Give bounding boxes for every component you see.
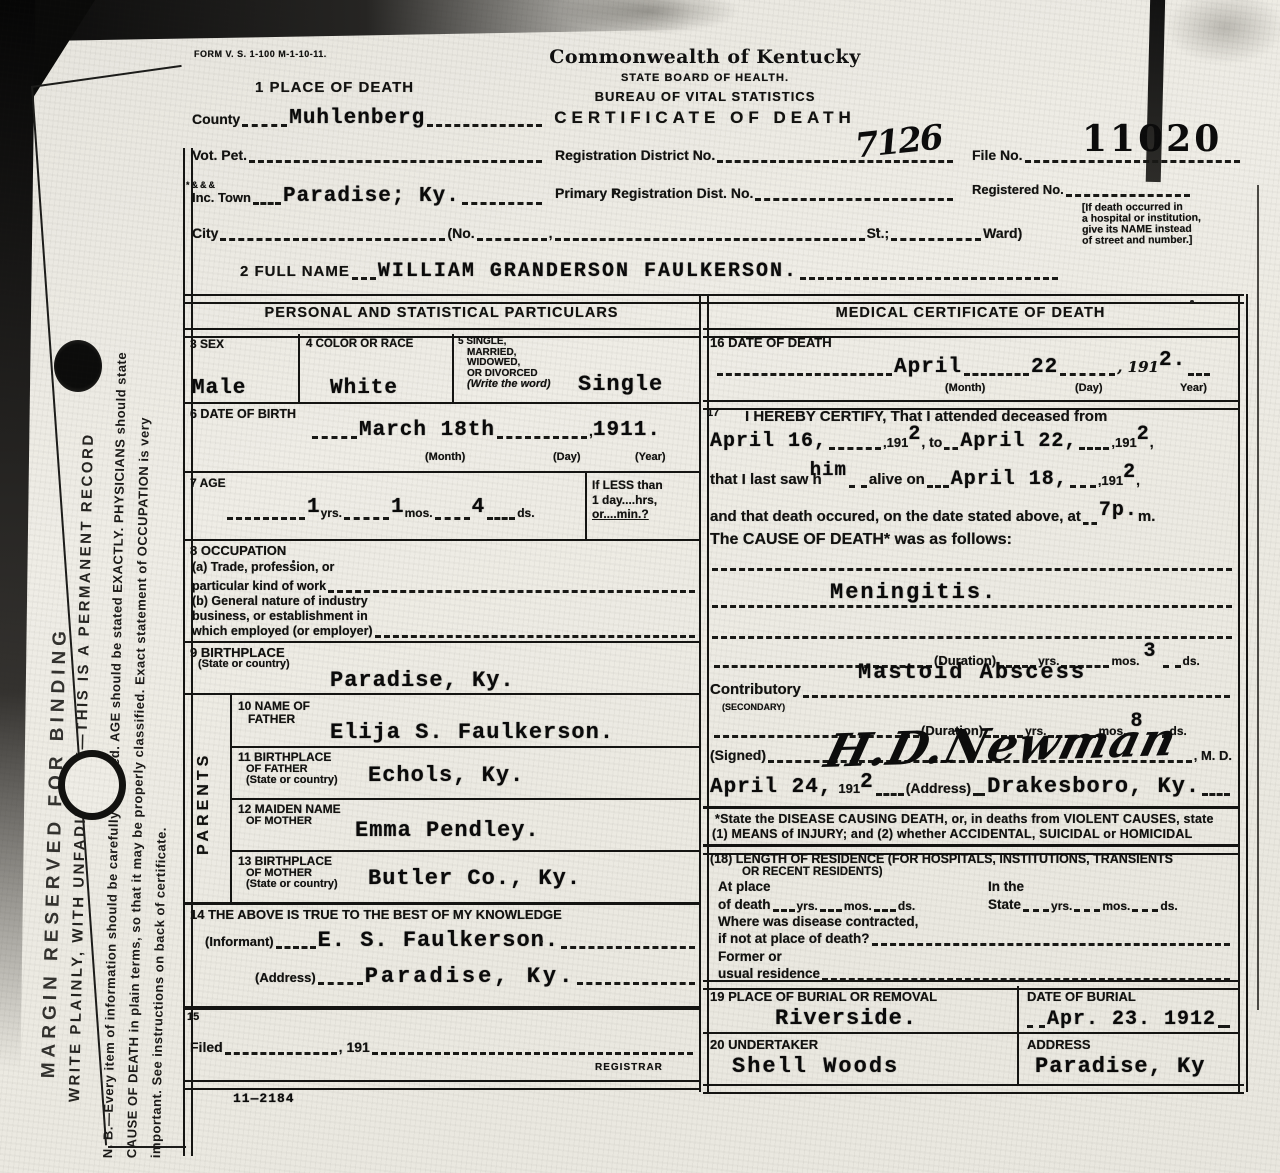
burial-place-value: Riverside. <box>775 1008 917 1030</box>
mother-birthplace-value: Butler Co., Ky. <box>368 868 581 890</box>
at-place-of-death-label: of death <box>718 898 771 912</box>
reg-district-label: Registration District No. <box>555 148 715 163</box>
attended-to-value: April 22, <box>960 432 1077 452</box>
state-ds-label: ds. <box>1160 900 1177 913</box>
undertaker-address-label: ADDRESS <box>1027 1038 1091 1052</box>
marital-value: Single <box>578 374 663 396</box>
occurred-text: and that death occured, on the date stat… <box>710 509 1081 525</box>
scan-edge-left <box>0 0 36 1070</box>
duration1-ds-label: ds. <box>1183 655 1200 668</box>
cell-divider-sex-race <box>298 334 300 402</box>
alive-on-label: alive on <box>869 472 925 488</box>
undertaker-address-value: Paradise, Ky <box>1035 1056 1205 1078</box>
bureau-title: BUREAU OF VITAL STATISTICS <box>540 90 870 104</box>
to-year-digit: 2 <box>1137 425 1150 445</box>
race-label: 4 COLOR OR RACE <box>306 338 413 350</box>
burial-date-row: Apr. 23. 1912 <box>1025 1010 1232 1028</box>
informant-value: E. S. Faulkerson. <box>318 930 559 952</box>
burial-place-label: 19 PLACE OF BURIAL OR REMOVAL <box>710 990 937 1004</box>
occupation-b3: which employed (or employer) <box>192 625 373 638</box>
attended-from-value: April 16, <box>710 432 827 452</box>
board-title: STATE BOARD OF HEALTH. <box>540 73 870 85</box>
birthplace-sublabel: (State or country) <box>198 659 290 671</box>
full-name-label: 2 FULL NAME <box>240 264 350 280</box>
dod-year-digit: 2. <box>1159 350 1186 371</box>
duration1-mos-label: mos. <box>1111 655 1139 668</box>
file-no-label: File No. <box>972 148 1023 163</box>
contracted-row: if not at place of death? <box>718 918 1232 946</box>
race-value: White <box>330 378 398 399</box>
margin-nb-line3: important. See instructions on back of c… <box>148 827 169 1158</box>
item17-label: 17 <box>707 408 719 420</box>
residence-title-line1: (18) LENGTH OF RESIDENCE (FOR HOSPITALS,… <box>710 853 1173 866</box>
form-border-right <box>1238 294 1248 1092</box>
occupation-b1: (b) General nature of industry <box>192 595 368 608</box>
cell-divider-race-marital <box>452 334 454 402</box>
dob-month-sublabel: (Month) <box>425 452 465 464</box>
sign-year-printed: 191 <box>838 782 860 796</box>
in-state-label: State <box>988 898 1021 912</box>
death-time-value: 7p. <box>1099 501 1138 521</box>
city-label: City <box>192 226 218 241</box>
to-label: , to <box>921 435 942 450</box>
occupation-a2-row: particular kind of work <box>192 563 697 593</box>
informant-address-value: Paradise, Ky. <box>365 966 576 988</box>
undertaker-value: Shell Woods <box>732 1056 899 1078</box>
parents-label: PARENTS <box>196 752 213 855</box>
parents-row2-border <box>232 798 700 800</box>
full-name-value: WILLIAM GRANDERSON FAULKERSON. <box>378 262 798 282</box>
filed-191-label: , 191 <box>339 1040 370 1055</box>
burial-grid-divider <box>1017 986 1019 1084</box>
contributory-value: Mastoid Abscess <box>858 662 1086 684</box>
ink-speck-5 <box>540 940 543 943</box>
at-place-row: of death yrs. mos. ds. <box>718 884 948 912</box>
mother-name-value: Emma Pendley. <box>355 820 540 842</box>
death-certificate-scan: MARGIN RESERVED FOR BINDING WRITE PLAINL… <box>0 0 1280 1173</box>
informant-address-row: (Address) Paradise, Ky. <box>255 966 697 985</box>
vot-pet-label: Vot. Pet. <box>192 148 247 163</box>
dob-year-sublabel: (Year) <box>635 452 666 464</box>
age-yrs-label: yrs. <box>321 507 342 520</box>
burial-date-label: DATE OF BURIAL <box>1027 990 1136 1004</box>
margin-binding-text: MARGIN RESERVED FOR BINDING <box>38 626 72 1079</box>
sign-date-value: April 24, <box>710 777 832 798</box>
father-birthplace-label: 11 BIRTHPLACE OF FATHER (State or countr… <box>238 751 338 787</box>
burial-date-value: Apr. 23. 1912 <box>1047 1010 1216 1030</box>
row4-border <box>183 641 700 643</box>
ink-speck-4 <box>1190 300 1194 303</box>
dod-value-row: April 22 , 191 2. <box>715 355 1232 376</box>
last-year-printed: ,191 <box>1098 474 1123 488</box>
row1-border <box>183 402 700 404</box>
commonwealth-title: Commonwealth of Kentucky <box>540 46 870 68</box>
cause-dash-line1 <box>712 568 1232 571</box>
dob-value: March 18th <box>359 420 495 441</box>
county-label: County <box>192 112 240 127</box>
res-yrs-label: yrs. <box>797 900 818 913</box>
death-time-m-label: m. <box>1138 509 1156 525</box>
registered-no-label: Registered No. <box>972 183 1064 197</box>
state-mos-label: mos. <box>1102 900 1130 913</box>
physician-signature: H.D.Newman <box>820 712 1183 778</box>
informant-row: (Informant) E. S. Faulkerson. <box>205 930 697 949</box>
certify-line4: and that death occured, on the date stat… <box>710 505 1232 525</box>
last-year-digit: 2 <box>1123 463 1136 483</box>
inc-town-row: Inc. Town Paradise; Ky. <box>192 186 544 205</box>
cause-value: Meningitis. <box>830 582 997 604</box>
margin-border-bottom <box>108 1146 186 1148</box>
ink-speck-1 <box>612 190 616 194</box>
father-birthplace-value: Echols, Ky. <box>368 765 524 787</box>
informant-label: (Informant) <box>205 935 274 949</box>
cause-intro: The CAUSE OF DEATH* was as follows: <box>710 532 1012 549</box>
age-yrs-value: 1 <box>307 497 321 518</box>
age-label: 7 AGE <box>190 477 226 490</box>
punch-hole-filled <box>54 340 102 392</box>
age-ds-value: 4 <box>472 497 486 518</box>
right-column-bottom-rule <box>703 1084 1244 1094</box>
res-mos-label: mos. <box>844 900 872 913</box>
ink-speck-2 <box>876 228 879 231</box>
filed-label: Filed <box>190 1040 223 1055</box>
age-subbox-divider <box>585 473 587 539</box>
city-row: City (No. , St.; Ward) <box>192 226 1052 241</box>
informant-address-label: (Address) <box>255 971 316 985</box>
cause-footnote-line2: (1) MEANS of INJURY; and (2) whether ACC… <box>712 828 1192 841</box>
row5-border <box>183 693 700 695</box>
saw-prefix: that I last saw h <box>710 472 822 488</box>
md-label: , M. D. <box>1194 749 1232 763</box>
birthplace-value: Paradise, Ky. <box>330 670 515 692</box>
scan-artifact-line-right <box>1257 185 1259 1010</box>
personal-title: PERSONAL AND STATISTICAL PARTICULARS <box>183 306 700 321</box>
dod-day-value: 22 <box>1031 357 1058 378</box>
dod-day-sublabel: (Day) <box>1075 383 1103 395</box>
dod-year-sublabel: Year) <box>1180 383 1207 395</box>
authority-block: Commonwealth of Kentucky STATE BOARD OF … <box>540 46 870 127</box>
ink-speck-3 <box>292 560 295 563</box>
him-value: him <box>810 461 847 480</box>
header-bottom-rule <box>183 294 1244 304</box>
scan-smudge-top-right <box>1165 0 1280 65</box>
line3-comma: , <box>1136 473 1140 488</box>
dod-month-value: April <box>894 357 962 378</box>
sign-address-value: Drakesboro, Ky. <box>987 776 1200 798</box>
certificate-title: CERTIFICATE OF DEATH <box>540 109 870 127</box>
contracted-label-line2: if not at place of death? <box>718 932 870 946</box>
cause-footnote-line1: *State the DISEASE CAUSING DEATH, or, in… <box>715 813 1214 826</box>
hospital-note: [If death occurred in a hospital or inst… <box>1082 201 1252 247</box>
margin-nb-line2: CAUSE OF DEATH in plain terms, so that i… <box>124 417 152 1158</box>
file-no-value: 11020 <box>1082 118 1222 160</box>
filed-row: Filed , 191 <box>190 1040 695 1055</box>
parents-bottom-border <box>183 902 700 905</box>
plate-code: 11—2184 <box>233 1092 295 1105</box>
county-value: Muhlenberg <box>289 108 425 129</box>
sign-date-row: April 24, 191 2 (Address) Drakesboro, Ky… <box>710 775 1232 796</box>
occupation-b3-row: which employed (or employer) <box>192 612 697 638</box>
age-ds-label: ds. <box>517 507 534 520</box>
marital-label: 5 SINGLE, MARRIED, WIDOWED, OR DIVORCED … <box>458 337 551 391</box>
dod-month-sublabel: (Month) <box>945 383 985 395</box>
cause-duration-value: 3 <box>1143 642 1156 662</box>
punch-hole-ring <box>58 750 126 820</box>
mother-birthplace-label: 13 BIRTHPLACE OF MOTHER (State or countr… <box>238 855 338 891</box>
dob-day-sublabel: (Day) <box>553 452 581 464</box>
certify-line2: April 16, ,191 2 , to April 22, ,191 2 , <box>710 430 1232 450</box>
certify-intro: I HEREBY CERTIFY, That I attended deceas… <box>745 409 1107 425</box>
row2-border <box>183 471 700 473</box>
cause-dash-line2 <box>712 605 1232 608</box>
row3-border <box>183 539 700 541</box>
parents-row1-border <box>232 746 700 748</box>
form-code: FORM V. S. 1-100 M-1-10-11. <box>194 50 327 59</box>
registrar-label: REGISTRAR <box>595 1063 663 1074</box>
from-year-digit: 2 <box>908 425 921 445</box>
dob-year: 1911. <box>593 420 661 441</box>
age-less-box: If LESS than 1 day....hrs, or....min.? <box>592 479 663 521</box>
residence-title-line2: OR RECENT RESIDENTS) <box>742 866 883 878</box>
father-name-value: Elija S. Faulkerson. <box>330 722 614 744</box>
state-yrs-label: yrs. <box>1051 900 1072 913</box>
left-column-bottom-rule <box>183 1080 700 1090</box>
certify-line3: that I last saw h him alive on April 18,… <box>710 468 1232 488</box>
city-no-label: (No. <box>447 226 474 241</box>
personal-title-rule <box>183 328 700 338</box>
age-mos-label: mos. <box>405 507 433 520</box>
mother-name-label: 12 MAIDEN NAME OF MOTHER <box>238 803 341 827</box>
dod-year-printed: , 191 <box>1117 360 1159 376</box>
dod-label: 16 DATE OF DEATH <box>710 336 832 350</box>
full-name-row: 2 FULL NAME WILLIAM GRANDERSON FAULKERSO… <box>240 262 1060 280</box>
secondary-label: (SECONDARY) <box>722 703 785 712</box>
father-name-label: 10 NAME OF FATHER <box>238 700 310 725</box>
footnote-top-rule <box>703 806 1238 809</box>
signed-label: (Signed) <box>710 748 766 763</box>
medical-title: MEDICAL CERTIFICATE OF DEATH <box>703 306 1238 321</box>
dob-value-row: March 18th , 1911. <box>310 420 695 439</box>
registered-no-row: Registered No. <box>972 183 1192 197</box>
to-year-printed: ,191 <box>1111 436 1136 450</box>
contributory-label: Contributory <box>710 682 801 698</box>
line2-comma: , <box>1150 435 1154 450</box>
former-residence-row: usual residence <box>718 953 1232 981</box>
age-mos-value: 1 <box>391 497 405 518</box>
res-ds-label: ds. <box>898 900 915 913</box>
burial-row-border <box>703 1032 1238 1034</box>
item15-label: 15 <box>187 1012 199 1024</box>
truth-statement: 14 THE ABOVE IS TRUE TO THE BEST OF MY K… <box>190 908 562 922</box>
sign-year-digit: 2 <box>860 772 874 793</box>
sex-label: 3 SEX <box>190 338 224 351</box>
inc-town-value: Paradise; Ky. <box>283 186 460 207</box>
parents-row3-border <box>232 850 700 852</box>
from-year-printed: ,191 <box>883 436 908 450</box>
county-row: County Muhlenberg <box>192 108 544 127</box>
in-state-row: State yrs. mos. ds. <box>988 884 1233 912</box>
dob-label: 6 DATE OF BIRTH <box>190 408 296 421</box>
sign-address-label: (Address) <box>906 781 971 796</box>
age-value-row: 1 yrs. 1 mos. 4 ds. <box>225 497 580 520</box>
undertaker-label: 20 UNDERTAKER <box>710 1038 818 1052</box>
hospital-note-line4: of street and number.] <box>1082 234 1252 246</box>
row14-border <box>183 1006 700 1010</box>
city-ward-label: Ward) <box>983 226 1022 241</box>
occupation-label: 8 OCCUPATION <box>190 544 286 558</box>
inc-town-label: Inc. Town <box>192 191 251 205</box>
cause-dash-line3 <box>712 636 1232 639</box>
sex-value: Male <box>192 378 246 399</box>
place-of-death-label: 1 PLACE OF DEATH <box>255 80 414 96</box>
vot-pet-row: Vot. Pet. <box>192 148 544 163</box>
occupation-a2: particular kind of work <box>192 580 326 593</box>
last-seen-value: April 18, <box>951 470 1068 490</box>
primary-reg-label: Primary Registration Dist. No. <box>555 186 753 201</box>
